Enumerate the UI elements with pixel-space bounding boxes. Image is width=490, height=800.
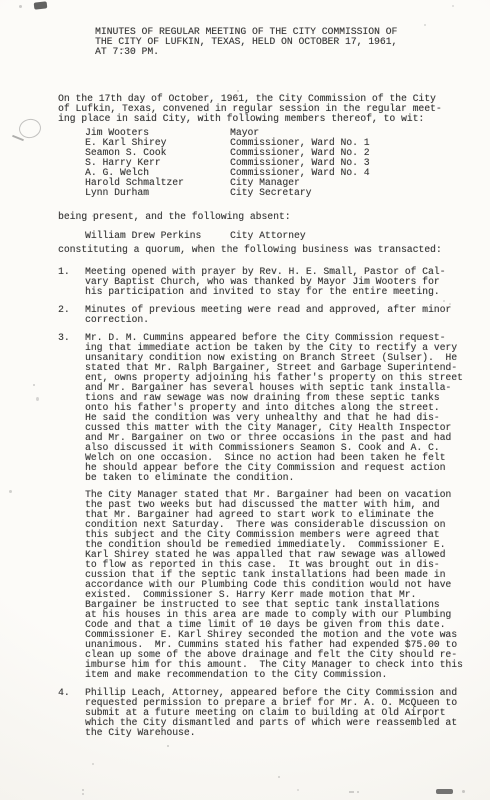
scan-artifact xyxy=(452,5,454,7)
meeting-title: MINUTES OF REGULAR MEETING OF THE CITY C… xyxy=(95,27,397,57)
item-body: Phillip Leach, Attorney, appeared before… xyxy=(85,688,457,738)
members-present-list: Jim WootersMayorE. Karl ShireyCommission… xyxy=(85,128,370,198)
scan-artifact xyxy=(36,397,39,401)
scan-artifact xyxy=(349,791,354,793)
scan-artifact xyxy=(237,90,239,92)
scan-artifact xyxy=(82,789,84,791)
scan-artifact xyxy=(92,763,94,765)
scan-artifact xyxy=(34,1,48,9)
business-item: 4.Phillip Leach, Attorney, appeared befo… xyxy=(58,688,463,738)
scan-artifact xyxy=(82,793,84,795)
item-paragraph: Meeting opened with prayer by Rev. H. E.… xyxy=(85,267,445,297)
scan-artifact xyxy=(462,790,465,793)
intro-paragraph: On the 17th day of October, 1961, the Ci… xyxy=(58,94,442,124)
business-item: 2.Minutes of previous meeting were read … xyxy=(58,305,463,325)
item-body: Minutes of previous meeting were read an… xyxy=(85,305,451,325)
scan-artifact xyxy=(19,5,22,8)
item-paragraph: Minutes of previous meeting were read an… xyxy=(85,305,451,325)
scan-artifact xyxy=(436,789,453,794)
member-title: City Secretary xyxy=(230,188,311,198)
item-paragraph: Phillip Leach, Attorney, appeared before… xyxy=(85,688,457,738)
member-name: William Drew Perkins xyxy=(85,231,230,241)
item-number: 2. xyxy=(58,305,85,325)
scan-artifact xyxy=(424,24,426,26)
scan-artifact xyxy=(297,789,299,791)
item-number: 4. xyxy=(58,688,85,738)
business-item: 3.Mr. D. M. Cummins appeared before the … xyxy=(58,333,463,680)
item-number: 1. xyxy=(58,267,85,297)
business-items: 1.Meeting opened with prayer by Rev. H. … xyxy=(58,267,463,746)
item-body: Meeting opened with prayer by Rev. H. E.… xyxy=(85,267,445,297)
scanned-minutes-page: MINUTES OF REGULAR MEETING OF THE CITY C… xyxy=(0,0,490,800)
member-row: William Drew PerkinsCity Attorney xyxy=(85,231,306,241)
scan-artifact xyxy=(278,776,280,778)
business-item: 1.Meeting opened with prayer by Rev. H. … xyxy=(58,267,463,297)
item-body: Mr. D. M. Cummins appeared before the Ci… xyxy=(85,333,463,680)
scan-artifact xyxy=(122,48,124,50)
scan-artifact xyxy=(9,490,12,493)
scan-artifact xyxy=(449,303,451,305)
scan-artifact xyxy=(167,745,169,747)
member-row: Lynn DurhamCity Secretary xyxy=(85,188,370,198)
present-absent-line: being present, and the following absent: xyxy=(58,212,291,222)
item-paragraph: The City Manager stated that Mr. Bargain… xyxy=(85,490,463,680)
quorum-line: constituting a quorum, when the followin… xyxy=(58,245,442,255)
scan-artifact xyxy=(357,791,359,793)
scan-artifact xyxy=(17,117,42,140)
scan-artifact xyxy=(443,300,445,302)
scan-artifact xyxy=(33,384,35,386)
item-paragraph: Mr. D. M. Cummins appeared before the Ci… xyxy=(85,333,463,483)
item-number: 3. xyxy=(58,333,85,680)
member-name: Lynn Durham xyxy=(85,188,230,198)
member-title: City Attorney xyxy=(230,231,306,241)
members-absent-list: William Drew PerkinsCity Attorney xyxy=(85,231,306,241)
scan-artifact xyxy=(92,215,94,217)
